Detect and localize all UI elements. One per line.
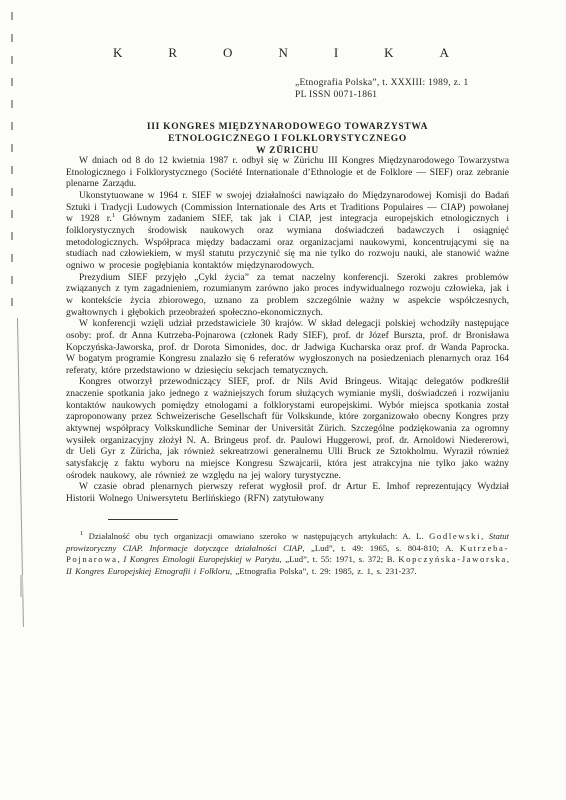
- footnote-reference-1: , „Lud”, t. 49: 1965, s. 804-810; A.: [302, 543, 459, 553]
- article-title: III KONGRES MIĘDZYNARODOWEGO TOWARZYSTWA…: [66, 121, 509, 158]
- footnote-author-3: Kopczyńska-Jaworska: [398, 554, 507, 564]
- section-header: KRONIKA: [113, 45, 495, 61]
- article-body: W dniach od 8 do 12 kwietnia 1987 r. odb…: [66, 156, 509, 506]
- footnote-work-title-3: II Kongres Europejskiej Etnografii i Fol…: [66, 566, 230, 576]
- footnote-work-title-2: I Kongres Etnologii Europejskiej w Paryż…: [123, 554, 279, 564]
- footnote-separator-3: ,: [507, 554, 509, 564]
- footnote-block: 1 Działalność obu tych organizacji omawi…: [66, 531, 509, 577]
- footnote-author-1: Godlewski: [429, 531, 481, 541]
- footnote-separator-rule: [108, 519, 178, 520]
- paragraph-6: W czasie obrad plenarnych pierwszy refer…: [66, 482, 509, 505]
- paragraph-1: W dniach od 8 do 12 kwietnia 1987 r. odb…: [66, 156, 509, 191]
- journal-citation-issn: PL ISSN 0071-1861: [295, 90, 469, 102]
- scanned-journal-page: KRONIKA „Etnografia Polska”, t. XXXIII: …: [0, 0, 566, 800]
- journal-citation-volume: „Etnografia Polska”, t. XXXIII: 1989, z.…: [295, 78, 469, 90]
- footnote-separator-1: ,: [481, 531, 489, 541]
- paragraph-4: W konferencji wzięli udział przedstawici…: [66, 319, 509, 377]
- footnote-intro: Działalność obu tych organizacji omawian…: [83, 531, 429, 541]
- article-title-line1: III KONGRES MIĘDZYNARODOWEGO TOWARZYSTWA: [66, 121, 509, 133]
- binding-mark-dashed-line: [11, 12, 13, 318]
- binding-mark-blob: [20, 575, 23, 597]
- journal-citation: „Etnografia Polska”, t. XXXIII: 1989, z.…: [295, 78, 469, 102]
- footnote-reference-3: , „Etnografia Polska”, t. 29: 1985, z. 1…: [230, 566, 417, 576]
- paragraph-5: Kongres otworzył przewodniczący SIEF, pr…: [66, 377, 509, 482]
- paragraph-3: Prezydium SIEF przyjęło „Cykl życia” za …: [66, 273, 509, 320]
- footnote-1: 1 Działalność obu tych organizacji omawi…: [66, 531, 509, 577]
- article-title-line2: ETNOLOGICZNEGO I FOLKLORYSTYCZNEGO: [66, 133, 509, 145]
- footnote-reference-2: , „Lud”, t. 55: 1971, s. 372; B.: [279, 554, 398, 564]
- paragraph-2-text-after-ref: Głównym zadaniem SIEF, tak jak i CIAP, j…: [66, 214, 509, 271]
- paragraph-2: Ukonstytuowane w 1964 r. SIEF w swojej d…: [66, 191, 509, 273]
